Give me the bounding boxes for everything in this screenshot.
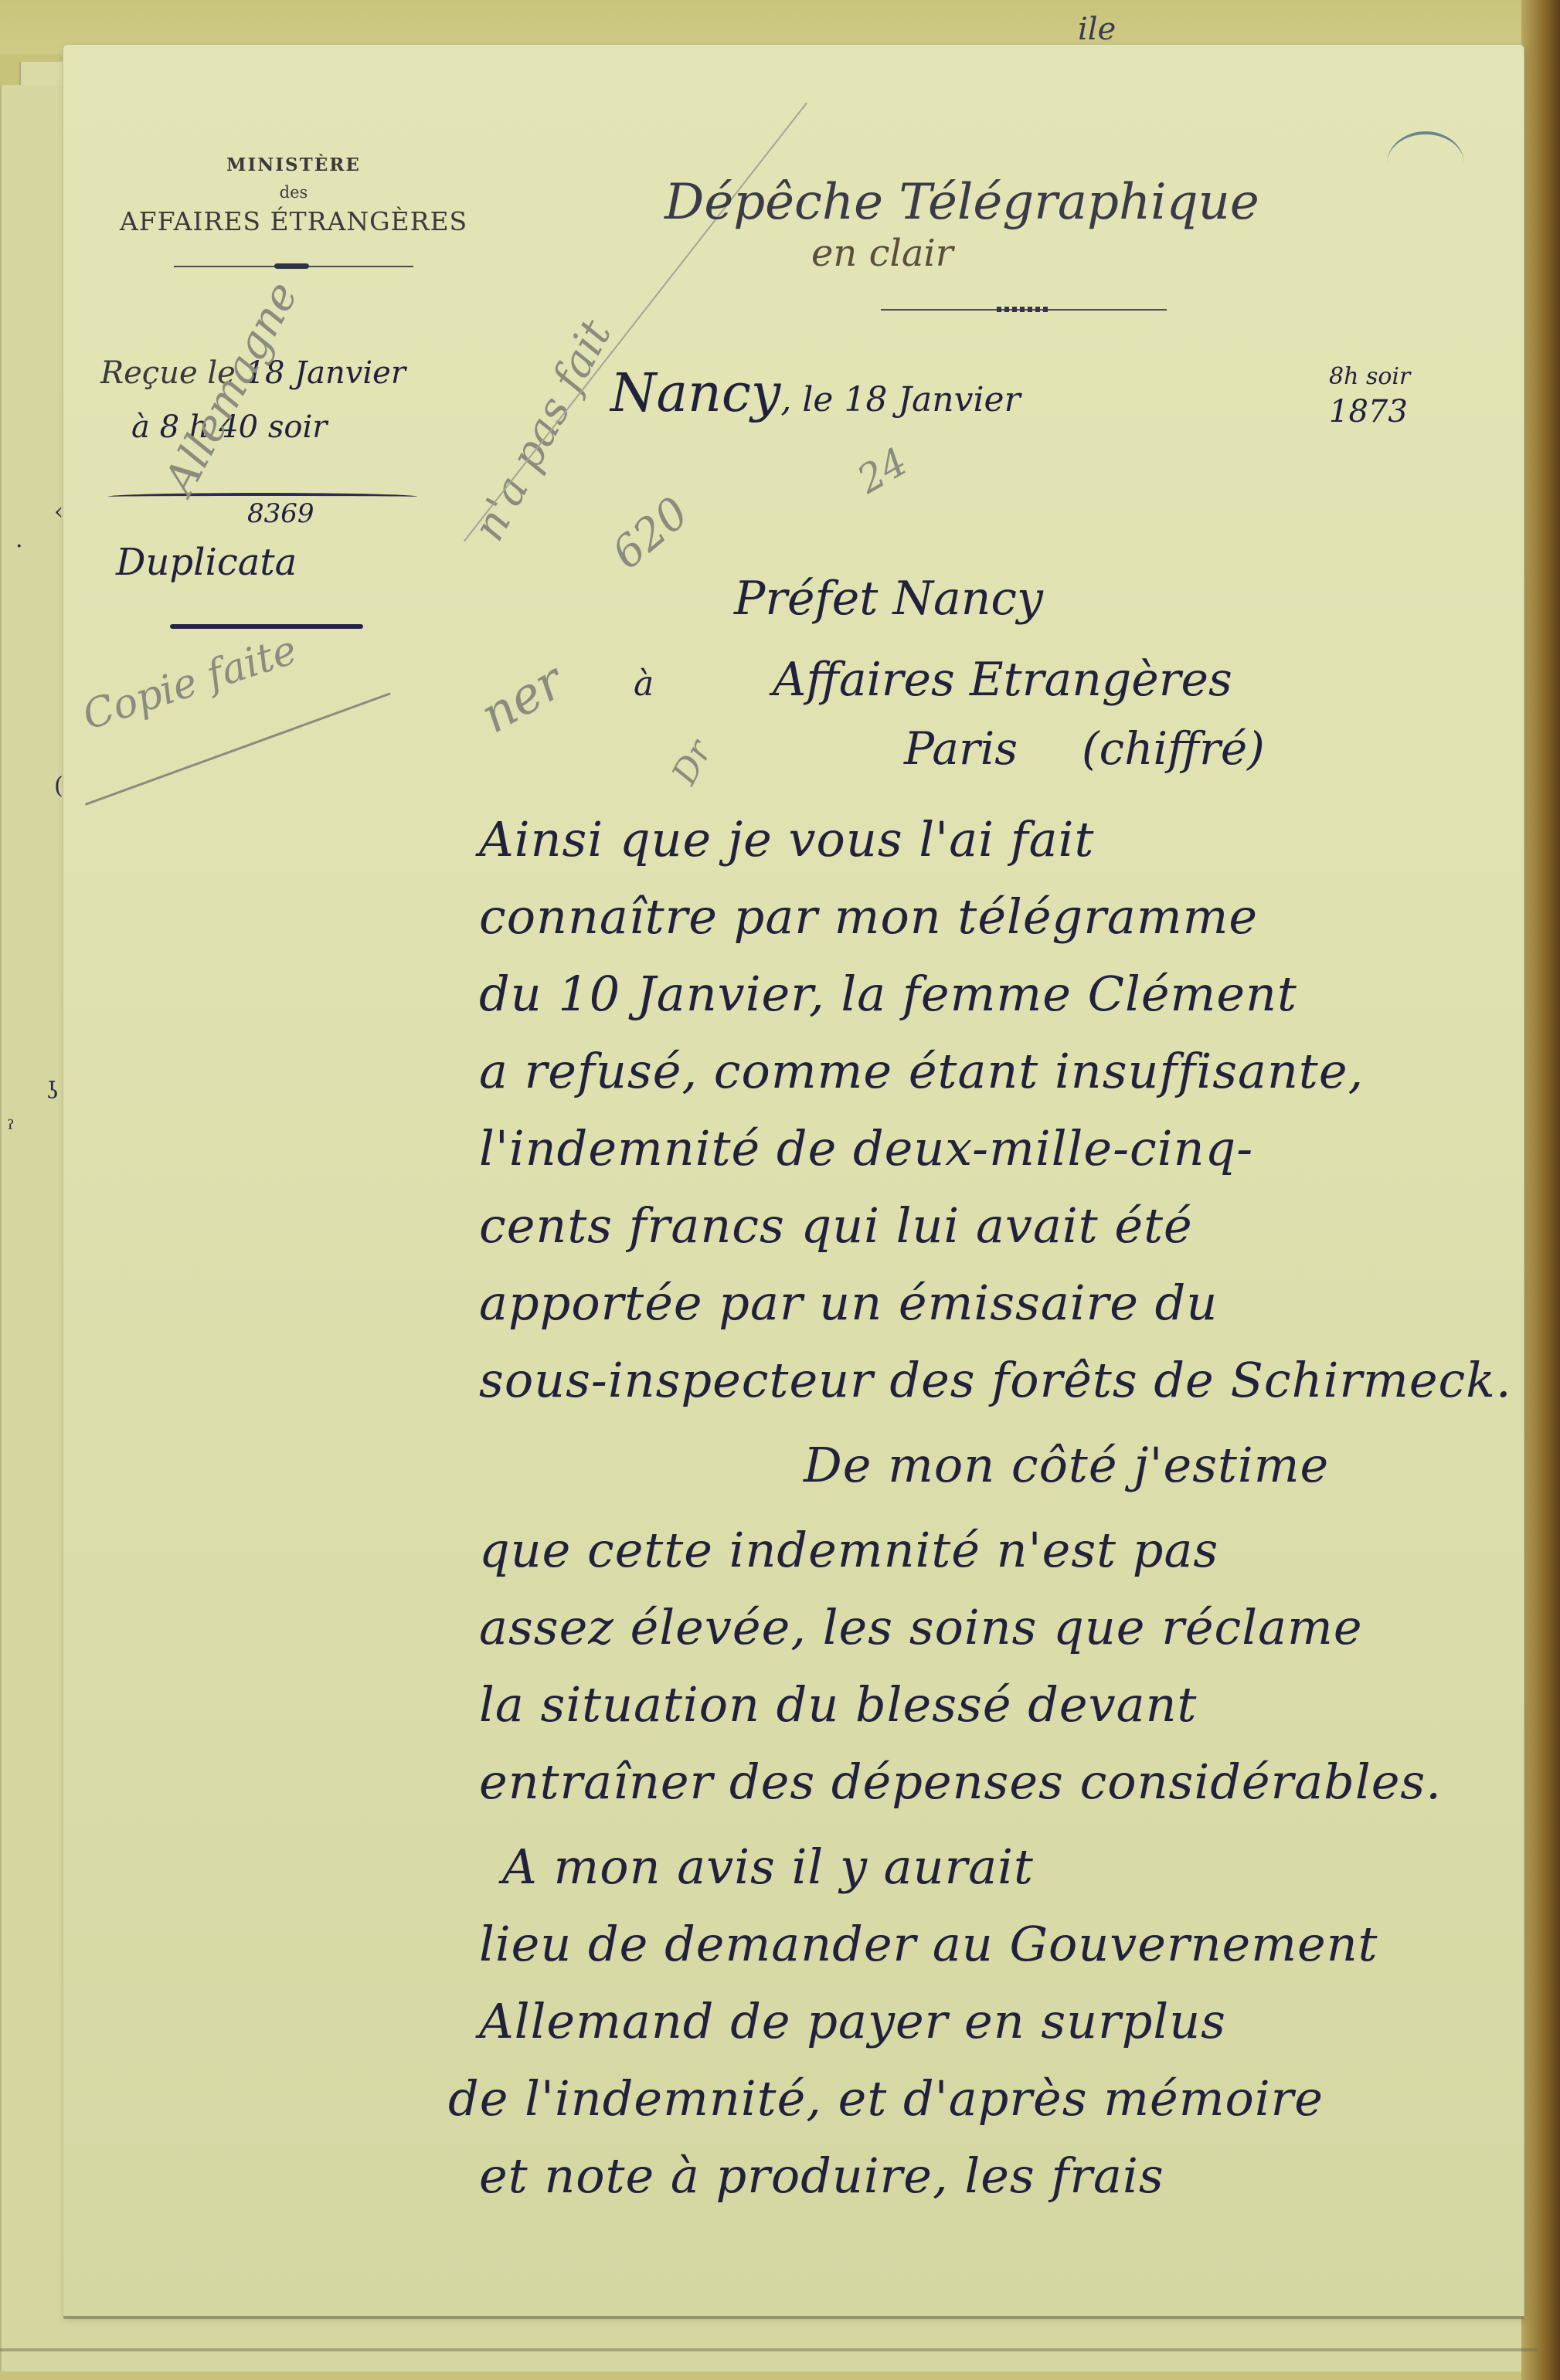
margin-mark: ʖ: [46, 1078, 59, 1105]
body-line: connaître par mon télégramme: [479, 888, 1258, 945]
body-line: que cette indemnité n'est pas: [479, 1522, 1218, 1578]
blue-pencil-mark: [1387, 131, 1464, 196]
body-line: la situation du blessé devant: [479, 1676, 1197, 1733]
body-line: Allemand de payer en surplus: [479, 1993, 1226, 2049]
dateline-place: Nancy: [610, 363, 780, 424]
body-line: A mon avis il y aurait: [502, 1838, 1034, 1895]
letterhead-ministere: MINISTÈRE: [93, 154, 495, 175]
copy-type: Duplicata: [116, 541, 297, 584]
dateline-time: 8h soir: [1329, 363, 1410, 390]
recipient: Affaires Etrangères: [773, 653, 1232, 707]
transmission-mode: (chiffré): [1082, 722, 1265, 775]
sender: Préfet Nancy: [734, 572, 1043, 626]
body-line: sous-inspecteur des forêts de Schirmeck.: [479, 1352, 1512, 1408]
body-line: l'indemnité de deux-mille-cinq-: [479, 1120, 1253, 1176]
dateline: Nancy, le 18 Janvier: [610, 363, 1021, 424]
body-line: assez élevée, les soins que réclame: [479, 1599, 1363, 1655]
recipient-city: Paris: [904, 722, 1018, 775]
letterhead-divider: [174, 266, 413, 267]
body-line: lieu de demander au Gouvernement: [479, 1916, 1378, 1972]
body-line: cents francs qui lui avait été: [479, 1197, 1193, 1254]
title-divider: [881, 309, 1167, 311]
recipient-prefix: à: [634, 664, 654, 704]
dateline-year: 1873: [1329, 394, 1408, 429]
body-line: du 10 Janvier, la femme Clément: [479, 966, 1297, 1022]
letterhead-affaires: AFFAIRES ÉTRANGÈRES: [93, 206, 495, 236]
body-line: De mon côté j'estime: [804, 1437, 1329, 1493]
body-line: entraîner des dépenses considérables.: [479, 1754, 1442, 1810]
margin-mark: ˀ: [8, 1116, 14, 1143]
margin-mark: ‹: [54, 498, 63, 525]
document-title: Dépêche Télégraphique: [664, 174, 1259, 231]
margin-mark: (: [54, 772, 63, 800]
margin-mark: ·: [15, 533, 23, 560]
body-line: et note à produire, les frais: [479, 2147, 1164, 2204]
body-line: de l'indemnité, et d'après mémoire: [448, 2070, 1324, 2127]
body-line: Ainsi que je vous l'ai fait: [479, 811, 1094, 867]
squiggle-divider: [170, 624, 363, 629]
dateline-date: , le 18 Janvier: [780, 380, 1020, 419]
letterhead-des: des: [93, 183, 495, 202]
body-line: apportée par un émissaire du: [479, 1275, 1218, 1331]
top-mark: ile: [1078, 12, 1116, 47]
letterhead: MINISTÈRE des AFFAIRES ÉTRANGÈRES: [93, 154, 495, 267]
registration-number: 8369: [247, 498, 314, 529]
page-edge: [0, 2348, 1538, 2351]
page-edge: [63, 2316, 1524, 2319]
body-line: a refusé, comme étant insuffisante,: [479, 1043, 1364, 1099]
title-overwrite: en clair: [811, 232, 953, 275]
binder-edge: [1521, 0, 1560, 2380]
reception-time-prefix: à: [131, 409, 150, 445]
